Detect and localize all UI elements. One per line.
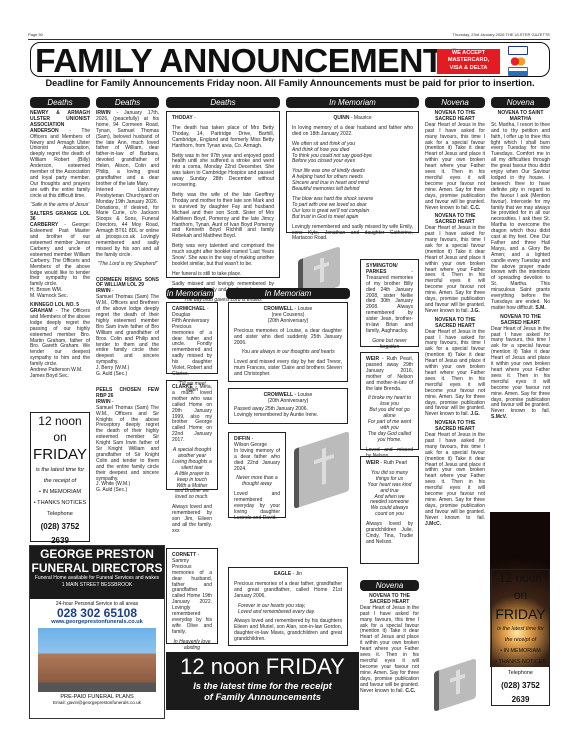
- notice-verse: We often sit and think of you And think …: [292, 141, 372, 165]
- notice-verse: It broke my heart to lose you But you di…: [368, 395, 411, 442]
- novena-title: NOVENA TO SAINT MARTHA: [498, 110, 544, 122]
- notice-verse: Never more than a thought away: [236, 475, 277, 487]
- notice-text: - Ruth Pearl, passed away 29th January 2…: [366, 356, 413, 392]
- novena-header: Novena: [425, 97, 485, 108]
- novena-title: NOVENA TO THE SACRED HEART: [435, 420, 476, 432]
- novena-initials: S.M.: [535, 305, 545, 311]
- cornett-notice: CORNETT -Sammy Precious memories of a de…: [166, 548, 218, 644]
- company-sub: Funeral Home available for Funeral Servi…: [30, 576, 164, 581]
- novena-header: Novena: [491, 97, 550, 108]
- ad-line: FRIDAY: [492, 604, 549, 624]
- cromwell-notice: CROMWELL - Louise(20th Anniversary) Pass…: [228, 388, 348, 424]
- notice-title: NEWRY & ARMAGH ULSTER UNIONIST ASSOCIATI…: [30, 110, 90, 128]
- notice-text: Samuel Thomas (Sam) The W.M., Officers a…: [96, 294, 159, 365]
- notice-verse: Your life was one of kindly deeds A help…: [292, 168, 369, 192]
- mastercard-icon: [508, 57, 528, 66]
- notice-verse: You did so many things for us Your heart…: [368, 470, 412, 517]
- novena-text: Dear Heart of Jesus in the past I have a…: [425, 122, 485, 211]
- death-notice: CORMEEN RISING SONS OF WILLIAM LOL 29IRW…: [96, 278, 159, 378]
- novena-title: NOVENA TO THE SACRED HEART: [500, 314, 541, 326]
- notice-text: Interred Lislooney Presbyterian Churchya…: [96, 187, 159, 205]
- company-phone: 028 302 65108: [30, 607, 164, 619]
- accept-line: MASTERCARD,: [437, 57, 500, 64]
- company-name: FUNERAL DIRECTORS: [30, 560, 164, 574]
- notice-text: Betty was in her 97th year and enjoyed g…: [172, 154, 274, 189]
- ad-line: of Family Announcements: [166, 691, 359, 702]
- notice-first-name: Maurice: [354, 115, 372, 121]
- company-name: GEORGE PRESTON: [30, 546, 164, 560]
- notice-verse: A special thought another year Loving th…: [172, 447, 211, 500]
- signature: M. Warnock Sec.: [30, 293, 68, 299]
- notice-text: Betty was the wife of the late Geoffrey …: [172, 193, 274, 240]
- notice-text: - The Officers and Members of Newry and …: [30, 128, 90, 199]
- diffin-notice: DIFFIN -Wilson George In loving memory o…: [228, 432, 286, 518]
- ad-phone: (028) 3752 2639: [492, 679, 549, 707]
- eagle-notice: EAGLE - Jin Precious memories of a dear …: [228, 567, 348, 646]
- novena-text: Dear Heart of Jesus in the past I have a…: [425, 225, 485, 314]
- notice-sub: (20th Anniversary): [268, 398, 309, 404]
- delta-card-icon: [508, 67, 528, 76]
- quinn-notice: QUINN - Maurice In loving memory of a de…: [286, 111, 419, 233]
- notice-verse: Gone but never forgotten: [372, 338, 406, 350]
- bible-icon: [294, 431, 349, 509]
- ad-line: Is the latest time for the receipt: [166, 680, 359, 691]
- section-banner: FAMILY ANNOUNCEMENTS WE ACCEPT MASTERCAR…: [30, 42, 550, 77]
- notice-text: Lovingly remembered by Auntie Irene.: [234, 413, 342, 419]
- deadline-notice: Deadline for Family Announcements Friday…: [30, 78, 550, 88]
- signature: G. Auld (Sec.): [96, 371, 127, 377]
- notice-verse: You are always in our thoughts and heart…: [241, 349, 334, 355]
- weir-notice: WEIR - Ruth Pearl, passed away 29th Janu…: [360, 352, 419, 450]
- page-number: Page 50: [28, 32, 43, 37]
- novena-initials: J.G.: [470, 308, 479, 314]
- deaths-column-2: IRWIN - January 17th, 2026, (peacefully)…: [96, 111, 159, 497]
- novena-initials: C.C.: [470, 205, 480, 211]
- signature: James Boyd Sec.: [30, 373, 69, 379]
- notice-text: - Treasured memories of my brother Billy…: [366, 269, 413, 334]
- notice-text: Precious memories of Louise, a dear daug…: [234, 329, 342, 347]
- notice-name: EAGLE: [274, 571, 291, 577]
- notice-verse: 'Safe in the arms of Jesus': [31, 202, 89, 208]
- novena-text: Dear Heart of Jesus in the past I have a…: [491, 326, 550, 415]
- death-notice: IRWIN - January 17th, 2026, (peacefully)…: [96, 111, 159, 259]
- accept-line: VISA & DELTA: [437, 65, 500, 72]
- novena-initials: C.C.: [405, 688, 415, 694]
- notice-name: QUINN: [333, 115, 349, 121]
- notice-text: Precious memories of a dear father, gran…: [234, 582, 342, 600]
- company-website: www.georgeprestonfunerals.co.uk: [30, 619, 164, 626]
- page-header: Page 50 Thursday, 23rd January 2026 THE …: [28, 32, 550, 40]
- accept-line: WE ACCEPT: [437, 50, 500, 57]
- notice-text: Donations, if desired, for Marie Curie, …: [96, 205, 159, 258]
- notice-title: PEELS CHOSEN FEW RBP 26: [96, 387, 159, 399]
- novena-initials: J.G.: [470, 411, 479, 417]
- dateline: Thursday, 23rd January 2026 THE ULSTER G…: [453, 32, 550, 37]
- notice-verse: Forever in our hearts you stay, Loved an…: [238, 603, 315, 615]
- notice-text: Always loved and remembered by son Jim, …: [172, 505, 212, 535]
- section-title: FAMILY ANNOUNCEMENTS: [35, 44, 465, 77]
- notice-verse: In Heavenly love abiding: [174, 639, 211, 651]
- notice-text: Loved and remembered everyday by your lo…: [234, 492, 280, 522]
- notice-verse: The blow was hard the shock severe To pa…: [292, 196, 373, 220]
- company-address: 1 MAIN STREET BESSBROOK: [30, 582, 164, 588]
- notice-text: - January 17th, 2026, (peacefully) at hi…: [96, 110, 159, 187]
- notice-text: Samuel Thomas (Sam) The W.M., Officers a…: [96, 405, 159, 482]
- clarke-notice: CLARKE - Meta, a much loved mother who w…: [166, 380, 218, 490]
- death-notice: NEWRY & ARMAGH ULSTER UNIONIST ASSOCIATI…: [30, 111, 90, 200]
- notice-text: Douglas Fifth Anniversary Precious memor…: [172, 312, 212, 377]
- notice-first-name: Ruth Pearl: [384, 460, 408, 466]
- cromwell-notice: CROMWELL - Louise(nee Cousens)(20th Anni…: [228, 302, 348, 382]
- novena-header: Novena: [360, 580, 419, 591]
- deaths-header: Deaths: [96, 97, 159, 108]
- deadline-ad-bottom: 12 noon FRIDAY Is the latest time for th…: [166, 652, 359, 710]
- notice-text: - The Officers and Members of the above …: [30, 308, 90, 367]
- novena-title: NOVENA TO THE SACRED HEART: [435, 110, 476, 122]
- payment-accept-badge: WE ACCEPT MASTERCARD, VISA & DELTA: [437, 49, 500, 74]
- ad-line: 12 noon on: [31, 413, 89, 445]
- ad-phone: (028) 3752 2639: [31, 520, 89, 548]
- novena-initials: J.McC.: [425, 521, 441, 527]
- notice-text: Betty was very talented and comprised th…: [172, 244, 274, 268]
- deadline-ad-left: 12 noon on FRIDAY is the latest time for…: [30, 412, 90, 542]
- symington-notice: SYMINGTON/ PARKES - Treasured memories o…: [360, 259, 419, 347]
- notice-text: Her funeral is still to take place.: [172, 272, 274, 278]
- ad-line: • THANKS NOTICES: [31, 498, 89, 509]
- notice-sub: (20th Anniversary): [268, 318, 309, 324]
- ad-line: • IN MEMORIAM: [31, 487, 89, 498]
- notice-text: - George: Esteemed Past Master and broth…: [30, 222, 90, 287]
- novena-text: Dear Heart of Jesus in the past I have a…: [425, 329, 485, 418]
- notice-text: In loving memory of a dear husband and f…: [292, 126, 413, 138]
- in-memoriam-header: In Memoriam: [166, 288, 214, 299]
- deadline-ad-right: 12 noon on FRIDAY is the latest time for…: [491, 569, 550, 706]
- deaths-header: Deaths: [30, 97, 90, 108]
- novena-title: NOVENA TO THE SACRED HEART: [369, 593, 410, 605]
- in-memoriam-header: In Memoriam: [226, 288, 350, 299]
- death-notice: KINNEGO LOL NO. 5GRAHAM - The Officers a…: [30, 303, 90, 380]
- novena-text: Dear Heart of Jesus in the past I have a…: [360, 605, 419, 694]
- notice-text: - Meta, a much loved mother who was call…: [172, 384, 212, 443]
- ad-line: the receipt of: [492, 635, 549, 646]
- notice-verse: "The Lord is my Shepherd": [98, 261, 158, 267]
- ad-line: the receipt of: [31, 476, 89, 487]
- novena-title: NOVENA TO THE SACRED HEART: [435, 213, 476, 225]
- visa-card-icon: [508, 46, 528, 55]
- deaths-column-1: NEWRY & ARMAGH ULSTER UNIONIST ASSOCIATI…: [30, 111, 90, 383]
- notice-text: The death has taken place of Mrs Betty T…: [172, 126, 274, 150]
- thoday-notice: THODAY - The death has taken place of Mr…: [166, 111, 280, 278]
- ad-header: GEORGE PRESTON FUNERAL DIRECTORS Funeral…: [30, 546, 164, 599]
- ad-line: 12 noon FRIDAY: [166, 652, 359, 680]
- in-memoriam-header: In Memoriam: [286, 97, 419, 108]
- notice-text: Lovingly remembered and sadly missed by …: [292, 225, 413, 243]
- ad-line: is the latest time for: [492, 624, 549, 635]
- george-preston-ad: GEORGE PRESTON FUNERAL DIRECTORS Funeral…: [29, 545, 165, 719]
- novena-text: St. Martha, I resort to thee and to thy …: [491, 122, 550, 311]
- carmichael-notice: CARMICHAEL -Douglas Fifth Anniversary Pr…: [166, 302, 218, 374]
- ad-line: • THANKS NOTICES: [492, 657, 549, 668]
- notice-name: THODAY: [172, 115, 193, 121]
- novena-text: Dear Heart of Jesus in the past I have a…: [425, 432, 485, 521]
- notice-text: Sammy Precious memories of a dear husban…: [172, 558, 212, 635]
- bible-icon: [434, 658, 476, 712]
- ad-line: is the latest time for: [31, 465, 89, 476]
- funeral-home-photo: [38, 628, 156, 692]
- notice-title: SALTERS GRANGE LOL 36: [30, 211, 90, 223]
- death-notice: PEELS CHOSEN FEW RBP 26IRWIN -Samuel Tho…: [96, 388, 159, 494]
- ad-line: • IN MEMORIAM: [492, 646, 549, 657]
- notice-text: Wilson George In loving memory of a dear…: [234, 442, 280, 472]
- deaths-header: Deaths: [166, 97, 280, 108]
- signature: G. Auld (Sec.): [96, 487, 127, 493]
- company-email: Email: gavin@georgeprestonfunerals.co.uk: [30, 700, 164, 705]
- ad-line: Telephone: [492, 668, 549, 679]
- novena-notice: NOVENA TO THE SACRED HEART Dear Heart of…: [360, 594, 419, 694]
- weir-notice: WEIR - Ruth Pearl You did so many things…: [360, 456, 419, 564]
- ad-line: 12 noon on: [492, 570, 549, 604]
- ad-line: Telephone: [31, 509, 89, 520]
- notice-first-name: Jin: [296, 571, 302, 577]
- notice-text: Always loved and remembered by his daugh…: [234, 619, 342, 643]
- novena-title: NOVENA TO THE SACRED HEART: [435, 317, 476, 329]
- death-notice: SALTERS GRANGE LOL 36CARBERRY - George: …: [30, 212, 90, 301]
- novena-column: NOVENA TO SAINT MARTHASt. Martha, I reso…: [491, 111, 550, 424]
- novena-initials: S.McV.: [491, 414, 507, 420]
- notice-name: WEIR: [366, 460, 379, 466]
- notice-text: Loved and missed every day by her dad Tr…: [234, 360, 342, 378]
- ad-line: FRIDAY: [31, 445, 89, 465]
- novena-column: NOVENA TO THE SACRED HEARTDear Heart of …: [425, 111, 485, 531]
- notice-title: CORMEEN RISING SONS OF WILLIAM LOL 29: [96, 277, 159, 289]
- notice-text: Always loved by grandchildren Julie, Cin…: [366, 522, 413, 546]
